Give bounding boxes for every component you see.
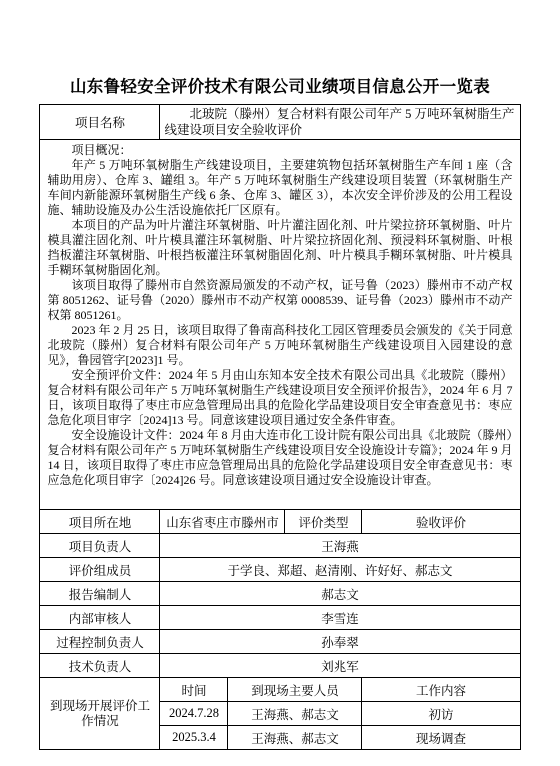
overview-paragraph: 安全设施设计文件：2024 年 8 月由大连市化工设计院有限公司出具《北玻院（滕…: [47, 428, 512, 488]
overview-cell: 项目概况： 年产 5 万吨环氧树脂生产线建设项目，主要建筑物包括环氧树脂生产车间…: [40, 140, 520, 510]
technical-leader-label: 技术负责人: [40, 654, 160, 678]
report-author-value: 郝志文: [160, 582, 520, 606]
site-visit-date: 2024.7.28: [160, 702, 228, 726]
location-row: 项目所在地 山东省枣庄市滕州市 评价类型 验收评价: [40, 510, 520, 534]
overview-heading: 项目概况：: [47, 143, 512, 158]
table-row: 内部审核人 李雪连: [40, 606, 520, 630]
table-row: 过程控制负责人 孙奉翠: [40, 630, 520, 654]
site-visit-work: 现场调查: [362, 726, 520, 750]
evaluation-type-label: 评价类型: [285, 510, 362, 534]
site-visit-work: 初访: [362, 702, 520, 726]
overview-paragraph: 年产 5 万吨环氧树脂生产线建设项目，主要建筑物包括环氧树脂生产车间 1 座（含…: [47, 158, 512, 218]
evaluation-team-label: 评价组成员: [40, 558, 160, 582]
site-visit-header-row: 到现场开展评价工作情况 时间 到现场主要人员 工作内容: [40, 678, 520, 702]
overview-paragraph: 本项目的产品为叶片灌注环氧树脂、叶片灌注固化剂、叶片梁拉挤环氧树脂、叶片模具灌注…: [47, 218, 512, 278]
location-label: 项目所在地: [40, 510, 160, 534]
table-row: 评价组成员 于学良、郑超、赵清刚、许好好、郝志文: [40, 558, 520, 582]
project-name-label: 项目名称: [40, 105, 160, 140]
evaluation-type-value: 验收评价: [362, 510, 520, 534]
site-visit-label: 到现场开展评价工作情况: [40, 678, 160, 750]
process-control-value: 孙奉翠: [160, 630, 520, 654]
project-leader-label: 项目负责人: [40, 534, 160, 558]
site-visit-col-work: 工作内容: [362, 678, 520, 702]
project-info-table: 项目名称 北玻院（滕州）复合材料有限公司年产 5 万吨环氧树脂生产线建设项目安全…: [39, 104, 520, 750]
project-name-value: 北玻院（滕州）复合材料有限公司年产 5 万吨环氧树脂生产线建设项目安全验收评价: [164, 106, 515, 138]
overview-paragraph: 该项目取得了滕州市自然资源局颁发的不动产权，证号鲁（2023）滕州市不动产权第 …: [47, 278, 512, 323]
table-row: 项目负责人 王海燕: [40, 534, 520, 558]
overview-row: 项目概况： 年产 5 万吨环氧树脂生产线建设项目，主要建筑物包括环氧树脂生产车间…: [40, 140, 520, 510]
document-title: 山东鲁轻安全评价技术有限公司业绩项目信息公开一览表: [0, 0, 560, 97]
overview-paragraph: 2023 年 2 月 25 日，该项目取得了鲁南高科技化工园区管理委员会颁发的《…: [47, 323, 512, 368]
technical-leader-value: 刘兆军: [160, 654, 520, 678]
internal-reviewer-label: 内部审核人: [40, 606, 160, 630]
report-author-label: 报告编制人: [40, 582, 160, 606]
location-value: 山东省枣庄市滕州市: [160, 510, 285, 534]
project-name-row: 项目名称 北玻院（滕州）复合材料有限公司年产 5 万吨环氧树脂生产线建设项目安全…: [40, 105, 520, 140]
table-row: 报告编制人 郝志文: [40, 582, 520, 606]
internal-reviewer-value: 李雪连: [160, 606, 520, 630]
project-name-value-cell: 北玻院（滕州）复合材料有限公司年产 5 万吨环氧树脂生产线建设项目安全验收评价: [160, 105, 520, 140]
site-visit-date: 2025.3.4: [160, 726, 228, 750]
document-page: 山东鲁轻安全评价技术有限公司业绩项目信息公开一览表 项目名称 北玻院（滕州）复合…: [0, 0, 560, 766]
evaluation-team-value: 于学良、郑超、赵清刚、许好好、郝志文: [160, 558, 520, 582]
process-control-label: 过程控制负责人: [40, 630, 160, 654]
site-visit-people: 王海燕、郝志文: [228, 726, 362, 750]
site-visit-people: 王海燕、郝志文: [228, 702, 362, 726]
overview-paragraph: 安全预评价文件：2024 年 5 月由山东知本安全技术有限公司出具《北玻院（滕州…: [47, 368, 512, 428]
site-visit-col-time: 时间: [160, 678, 228, 702]
project-leader-value: 王海燕: [160, 534, 520, 558]
site-visit-col-people: 到现场主要人员: [228, 678, 362, 702]
table-row: 技术负责人 刘兆军: [40, 654, 520, 678]
